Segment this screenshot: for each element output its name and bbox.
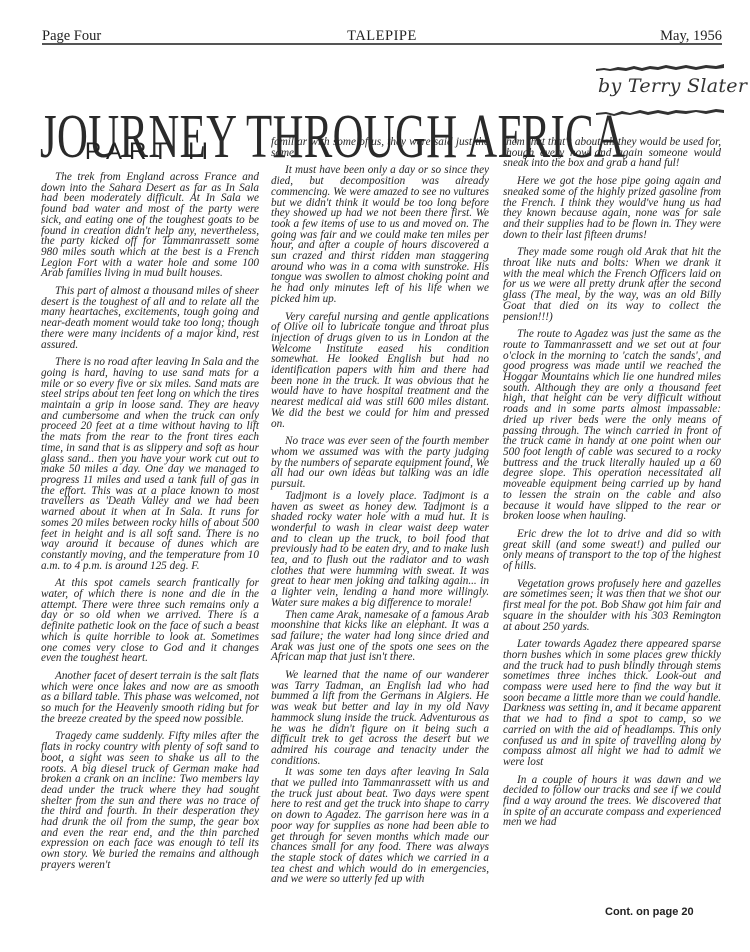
byline-box: by Terry Slater (596, 62, 726, 120)
running-header: Page Four TALEPIPE May, 1956 (42, 22, 722, 42)
paragraph: Tragedy came suddenly. Fifty miles after… (41, 731, 259, 870)
paragraph: Another facet of desert terrain is the s… (41, 671, 259, 725)
paragraph: There is no road after leaving In Sala a… (41, 357, 259, 571)
paragraph: No trace was ever seen of the fourth mem… (271, 436, 489, 490)
paragraph: Tadjmont is a lovely place. Tadjmont is … (271, 491, 489, 609)
paragraph: We learned that the name of our wanderer… (271, 670, 489, 766)
paragraph: them that that's about all they would be… (503, 137, 721, 169)
article-column-3: them that that's about all they would be… (503, 137, 721, 835)
part-heading: PART II (40, 138, 260, 166)
paragraph: The trek from England across France and … (41, 172, 259, 279)
paragraph: Here we got the hose pipe going again an… (503, 176, 721, 240)
paragraph: Eric drew the lot to drive and did so wi… (503, 529, 721, 572)
paragraph: This part of almost a thousand miles of … (41, 286, 259, 350)
decorative-squiggle-icon (596, 108, 724, 116)
paragraph: Vegetation grows profusely here and gaze… (503, 579, 721, 633)
paragraph: Then came Arak, namesake of a famous Ara… (271, 610, 489, 664)
article-column-2: familiar with some of us, they were said… (271, 137, 489, 892)
paragraph: They made some rough old Arak that hit t… (503, 247, 721, 322)
magazine-page: Page Four TALEPIPE May, 1956 JOURNEY THR… (0, 0, 750, 952)
paragraph: It was some ten days after leaving In Sa… (271, 767, 489, 885)
paragraph: In a couple of hours it was dawn and we … (503, 775, 721, 829)
article-column-1: The trek from England across France and … (41, 172, 259, 878)
author-byline: by Terry Slater (598, 75, 728, 97)
decorative-squiggle-icon (596, 64, 724, 72)
paragraph: At this spot camels search frantically f… (41, 578, 259, 664)
paragraph: It must have been only a day or so since… (271, 165, 489, 304)
paragraph: Very careful nursing and gentle applicat… (271, 312, 489, 430)
paragraph: familiar with some of us, they were said… (271, 137, 489, 158)
continued-on-page-link[interactable]: Cont. on page 20 (605, 906, 694, 918)
paragraph: Later towards Agadez there appeared spar… (503, 639, 721, 767)
paragraph: The route to Agadez was just the same as… (503, 329, 721, 522)
header-rule (42, 43, 722, 45)
